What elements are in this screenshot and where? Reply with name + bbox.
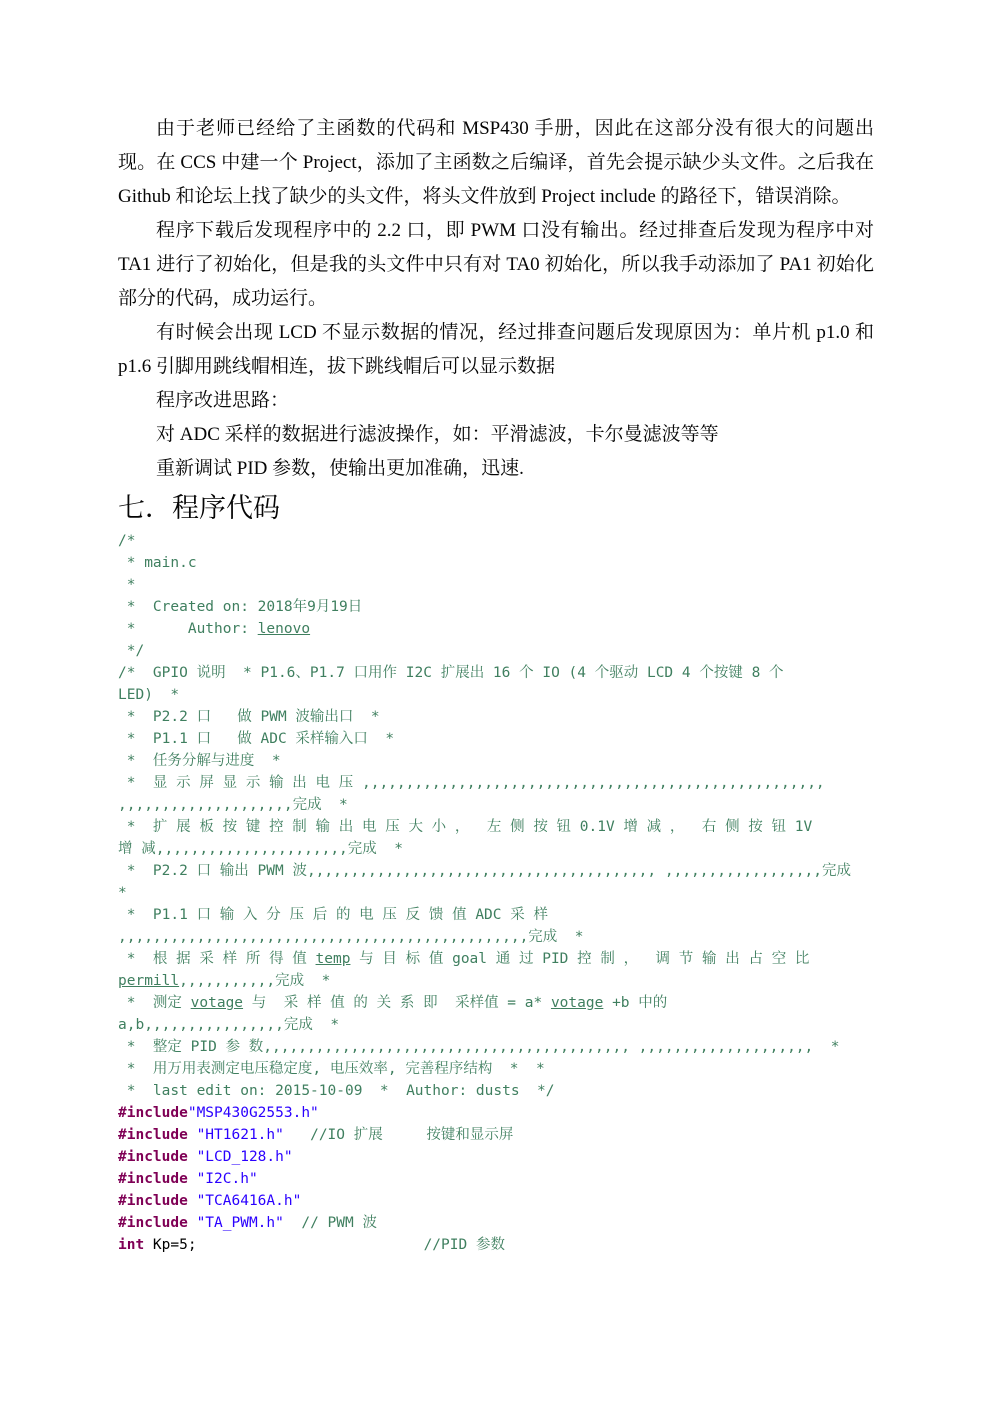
code-line: * main.c <box>118 552 874 574</box>
code-segment: * 整定 PID 参 数,,,,,,,,,,,,,,,,,,,,,,,,,,,,… <box>118 1039 839 1055</box>
code-line: * P1.1 口 做 ADC 采样输入口 * <box>118 728 874 750</box>
code-block: /* * main.c * * Created on: 2018年9月19日 *… <box>118 530 874 1256</box>
code-segment <box>284 1127 310 1143</box>
code-line: #include "HT1621.h" //IO 扩展 按键和显示屏 <box>118 1124 874 1146</box>
code-line: 增 减,,,,,,,,,,,,,,,,,,,,,,完成 * <box>118 838 874 860</box>
code-line: #include "I2C.h" <box>118 1168 874 1190</box>
code-line: ,,,,,,,,,,,,,,,,,,,,完成 * <box>118 794 874 816</box>
code-segment: Kp=5; <box>144 1237 423 1253</box>
code-segment: #include <box>118 1105 188 1121</box>
code-segment: lenovo <box>258 621 310 637</box>
code-segment: //PID 参数 <box>424 1237 505 1253</box>
code-segment <box>188 1215 197 1231</box>
code-segment: * P2.2 口 做 PWM 波输出口 * <box>118 709 380 725</box>
code-segment: +b 中的 <box>603 995 667 1011</box>
code-segment: * main.c <box>118 555 197 571</box>
code-line: int Kp=5; //PID 参数 <box>118 1234 874 1256</box>
code-segment: "TCA6416A.h" <box>197 1193 302 1209</box>
code-segment: "I2C.h" <box>197 1171 258 1187</box>
code-line: * 用万用表测定电压稳定度, 电压效率, 完善程序结构 * * <box>118 1058 874 1080</box>
code-segment <box>188 1171 197 1187</box>
code-segment: * 用万用表测定电压稳定度, 电压效率, 完善程序结构 * * <box>118 1061 545 1077</box>
body-paragraphs: 由于老师已经给了主函数的代码和 MSP430 手册，因此在这部分没有很大的问题出… <box>118 112 874 486</box>
code-segment: permill <box>118 973 179 989</box>
code-segment <box>284 1215 301 1231</box>
code-segment: 与 目 标 值 goal 通 过 PID 控 制 ， 调 节 输 出 占 空 比 <box>350 951 809 967</box>
code-line: #include"MSP430G2553.h" <box>118 1102 874 1124</box>
paragraph: 重新调试 PID 参数，使输出更加准确，迅速. <box>118 452 874 486</box>
code-segment: 增 减,,,,,,,,,,,,,,,,,,,,,,完成 * <box>118 841 403 857</box>
code-segment: "TA_PWM.h" <box>197 1215 284 1231</box>
code-line: * P2.2 口 输出 PWM 波,,,,,,,,,,,,,,,,,,,,,,,… <box>118 860 874 882</box>
code-segment: * P1.1 口 输 入 分 压 后 的 电 压 反 馈 值 ADC 采 样 <box>118 907 548 923</box>
code-segment: #include <box>118 1149 188 1165</box>
code-segment: * Created on: 2018年9月19日 <box>118 599 362 615</box>
code-line: * 显 示 屏 显 示 输 出 电 压 ,,,,,,,,,,,,,,,,,,,,… <box>118 772 874 794</box>
code-segment: votage <box>191 995 243 1011</box>
code-segment: * P1.1 口 做 ADC 采样输入口 * <box>118 731 394 747</box>
code-line: * 任务分解与进度 * <box>118 750 874 772</box>
code-segment: * last edit on: 2015-10-09 * Author: dus… <box>118 1083 555 1099</box>
paragraph: 程序改进思路： <box>118 384 874 418</box>
code-segment: * <box>118 577 135 593</box>
code-segment: ,,,,,,,,,,,,,,,,,,,,,,,,,,,,,,,,,,,,,,,,… <box>118 929 584 945</box>
code-line: /* <box>118 530 874 552</box>
code-line: permill,,,,,,,,,,,完成 * <box>118 970 874 992</box>
code-segment: LED) * <box>118 687 179 703</box>
code-line: #include "TCA6416A.h" <box>118 1190 874 1212</box>
code-line: * Author: lenovo <box>118 618 874 640</box>
code-segment: "MSP430G2553.h" <box>188 1105 319 1121</box>
code-line: #include "TA_PWM.h" // PWM 波 <box>118 1212 874 1234</box>
code-segment: // PWM 波 <box>301 1215 377 1231</box>
code-line: * 根 据 采 样 所 得 值 temp 与 目 标 值 goal 通 过 PI… <box>118 948 874 970</box>
code-segment: a,b,,,,,,,,,,,,,,,,完成 * <box>118 1017 339 1033</box>
code-line: * Created on: 2018年9月19日 <box>118 596 874 618</box>
code-segment: #include <box>118 1171 188 1187</box>
code-segment: * 扩 展 板 按 键 控 制 输 出 电 压 大 小 ， 左 侧 按 钮 0.… <box>118 819 812 835</box>
code-line: /* GPIO 说明 * P1.6、P1.7 口用作 I2C 扩展出 16 个 … <box>118 662 874 684</box>
code-segment: * 根 据 采 样 所 得 值 <box>118 951 316 967</box>
code-segment: ,,,,,,,,,,,,,,,,,,,,完成 * <box>118 797 348 813</box>
paragraph: 对 ADC 采样的数据进行滤波操作，如：平滑滤波，卡尔曼滤波等等 <box>118 418 874 452</box>
code-line: * 整定 PID 参 数,,,,,,,,,,,,,,,,,,,,,,,,,,,,… <box>118 1036 874 1058</box>
code-segment: * P2.2 口 输出 PWM 波,,,,,,,,,,,,,,,,,,,,,,,… <box>118 863 851 879</box>
code-line: * <box>118 882 874 904</box>
code-line: #include "LCD_128.h" <box>118 1146 874 1168</box>
code-segment: * 测定 <box>118 995 191 1011</box>
code-segment <box>188 1149 197 1165</box>
code-line: * P2.2 口 做 PWM 波输出口 * <box>118 706 874 728</box>
code-segment: temp <box>316 951 351 967</box>
code-line: */ <box>118 640 874 662</box>
code-line: * last edit on: 2015-10-09 * Author: dus… <box>118 1080 874 1102</box>
code-segment: #include <box>118 1215 188 1231</box>
code-segment: * Author: <box>118 621 258 637</box>
code-line: * P1.1 口 输 入 分 压 后 的 电 压 反 馈 值 ADC 采 样 <box>118 904 874 926</box>
document-page: 由于老师已经给了主函数的代码和 MSP430 手册，因此在这部分没有很大的问题出… <box>0 0 992 1403</box>
code-line: * 测定 votage 与 采 样 值 的 关 系 即 采样值 = a* vot… <box>118 992 874 1014</box>
code-segment: /* <box>118 533 135 549</box>
code-segment: /* GPIO 说明 * P1.6、P1.7 口用作 I2C 扩展出 16 个 … <box>118 665 784 681</box>
paragraph: 有时候会出现 LCD 不显示数据的情况，经过排查问题后发现原因为：单片机 p1.… <box>118 316 874 384</box>
paragraph: 程序下载后发现程序中的 2.2 口，即 PWM 口没有输出。经过排查后发现为程序… <box>118 214 874 316</box>
code-segment: #include <box>118 1127 188 1143</box>
section-heading: 七．程序代码 <box>118 488 874 528</box>
code-segment: #include <box>118 1193 188 1209</box>
code-segment: */ <box>118 643 144 659</box>
code-segment: * <box>118 885 127 901</box>
code-segment: 与 采 样 值 的 关 系 即 采样值 = a* <box>243 995 551 1011</box>
code-segment: * 显 示 屏 显 示 输 出 电 压 ,,,,,,,,,,,,,,,,,,,,… <box>118 775 825 791</box>
code-segment: * 任务分解与进度 * <box>118 753 281 769</box>
code-segment <box>188 1193 197 1209</box>
code-segment: //IO 扩展 按键和显示屏 <box>310 1127 513 1143</box>
code-segment: "HT1621.h" <box>197 1127 284 1143</box>
code-line: ,,,,,,,,,,,,,,,,,,,,,,,,,,,,,,,,,,,,,,,,… <box>118 926 874 948</box>
code-segment <box>188 1127 197 1143</box>
code-line: LED) * <box>118 684 874 706</box>
code-segment: "LCD_128.h" <box>197 1149 293 1165</box>
paragraph: 由于老师已经给了主函数的代码和 MSP430 手册，因此在这部分没有很大的问题出… <box>118 112 874 214</box>
code-line: * 扩 展 板 按 键 控 制 输 出 电 压 大 小 ， 左 侧 按 钮 0.… <box>118 816 874 838</box>
code-segment: ,,,,,,,,,,,完成 * <box>179 973 330 989</box>
code-line: * <box>118 574 874 596</box>
code-line: a,b,,,,,,,,,,,,,,,,完成 * <box>118 1014 874 1036</box>
code-segment: int <box>118 1237 144 1253</box>
code-segment: votage <box>551 995 603 1011</box>
